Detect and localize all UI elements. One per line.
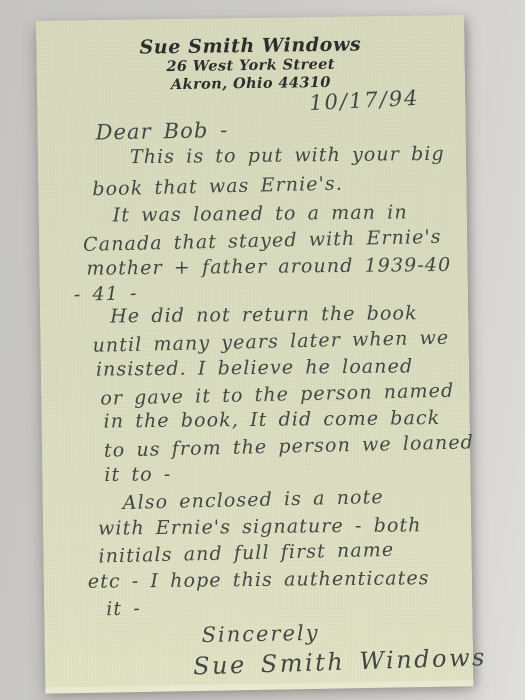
body-line: It was loaned to a man in [113,201,408,226]
letter-paper: Sue Smith Windows 26 West York Street Ak… [36,15,473,689]
body-line: or gave it to the person named [100,380,454,410]
body-line: it - [106,597,141,620]
body-line: in the book, It did come back [104,407,441,433]
closing-valediction: Sincerely [201,621,319,647]
body-line: initials and full first name [98,539,394,568]
body-line: with Ernie's signature - both [98,514,422,539]
body-line: This is to put with your big [130,143,445,168]
body-line: book that was Ernie's. [92,173,343,201]
letterhead: Sue Smith Windows 26 West York Street Ak… [36,32,465,95]
body-line: He did not return the book [110,302,418,327]
body-line: etc - I hope this authenticates [88,567,430,593]
photo-background: Sue Smith Windows 26 West York Street Ak… [0,0,525,700]
body-line: to us from the person we loaned [104,431,474,461]
body-line: insisted. I believe he loaned [96,355,414,380]
body-line: until many years later when we [92,327,449,357]
handwritten-date: 10/17/94 [309,86,420,115]
body-line: Canada that stayed with Ernie's [83,226,442,256]
letter-body: This is to put with your big book that w… [36,15,464,21]
salutation: Dear Bob - [95,118,228,145]
body-line: - 41 - [74,282,138,305]
signature: Sue Smith Windows [193,643,488,680]
body-line: it to - [104,463,171,486]
body-line: Also enclosed is a note [123,486,384,514]
body-line: mother + father around 1939-40 [86,254,451,280]
